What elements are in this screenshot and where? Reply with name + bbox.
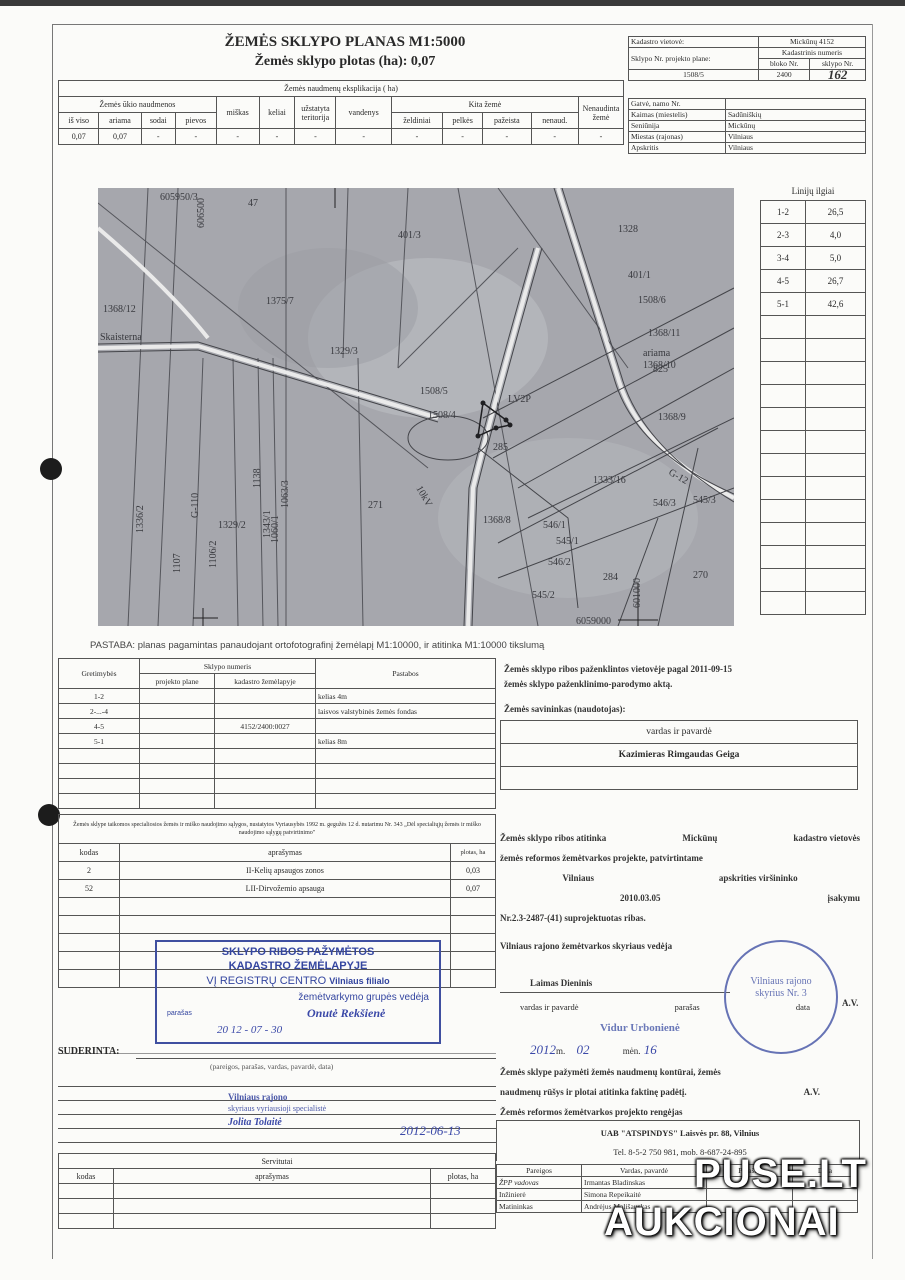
cell: - [295, 129, 336, 145]
map-label: 825 [653, 364, 668, 375]
empty-cell [316, 749, 496, 764]
col-header: vandenys [336, 97, 391, 129]
empty-cell [431, 1184, 496, 1199]
table-row: 4-526,7 [761, 270, 866, 293]
empty-cell [806, 546, 866, 569]
empty-cell [431, 1199, 496, 1214]
empty-cell [59, 934, 120, 952]
value: 2400 [759, 70, 810, 81]
map-label: ariama [643, 348, 671, 359]
segment: 2-...-4 [59, 704, 140, 719]
line-length: 42,6 [806, 293, 866, 316]
map-label: 1329/3 [330, 346, 358, 357]
role: Matininkas [497, 1201, 582, 1213]
map-label: 1138 [252, 468, 263, 488]
line-id: 1-2 [761, 201, 806, 224]
col-header: želdiniai [391, 113, 442, 129]
map-label: 1375/7 [266, 296, 294, 307]
col-header: Pareigos [497, 1165, 582, 1177]
label: bloko Nr. [759, 59, 810, 70]
approval-text: įsakymu [827, 888, 860, 908]
table-row [59, 1184, 496, 1199]
person-name: Irmantas Bladinskas [582, 1177, 707, 1189]
table-row: 2-...-4laisvos valstybinės žemės fondas [59, 704, 496, 719]
empty-cell [59, 764, 140, 779]
table-row: SeniūnijaMickūnų [629, 121, 866, 132]
marking-text-2: žemės sklypo paženklinimo-parodymo aktą. [504, 677, 854, 692]
address-table: Gatvė, namo Nr.Kaimas (miestelis)Sadūniš… [628, 98, 866, 154]
map-label: 1368/11 [648, 328, 680, 339]
servitudes-table: Servitutai kodas aprašymas plotas, ha [58, 1153, 496, 1229]
value: Mickūnų [726, 121, 866, 132]
map-label: 1336/2 [135, 505, 146, 533]
empty-cell [761, 339, 806, 362]
segment: 4-5 [59, 719, 140, 734]
line-length: 4,0 [806, 224, 866, 247]
note [316, 719, 496, 734]
watermark-line-1: PUSE.LT [694, 1152, 867, 1197]
empty-cell [215, 794, 316, 809]
map-label: 270 [693, 570, 708, 581]
punch-hole-icon [40, 458, 62, 480]
round-stamp-text: Vilniaus rajono skyrius Nr. 3 [726, 976, 836, 1000]
stamp-text: Vilniaus filialo [329, 976, 389, 986]
col-header: Nenaudinta žemė [579, 97, 624, 129]
cell: - [579, 129, 624, 145]
page-title: ŽEMĖS SKLYPO PLANAS M1:5000 [150, 34, 540, 51]
empty-cell [114, 1214, 431, 1229]
project-no [140, 734, 215, 749]
empty-cell [761, 523, 806, 546]
empty-cell [761, 454, 806, 477]
map-note: PASTABA: planas pagamintas panaudojant o… [90, 640, 544, 651]
table-row [761, 500, 866, 523]
servitudes-title: Servitutai [59, 1154, 496, 1169]
signature-line [58, 1114, 496, 1115]
stamp-text: VĮ REGISTRŲ CENTRO [206, 975, 326, 987]
table-row [761, 569, 866, 592]
map-label: 284 [603, 572, 618, 583]
table-row [761, 477, 866, 500]
map-label: 1328 [618, 224, 638, 235]
map-label: LV2P [508, 394, 531, 405]
table-row: Miestas (rajonas)Vilniaus [629, 132, 866, 143]
map-label: 1368/12 [103, 304, 136, 315]
line-id: 4-5 [761, 270, 806, 293]
description: LII-Dirvožemio apsauga [120, 880, 451, 898]
table-row [761, 546, 866, 569]
table-row: 2II-Kelių apsaugos zonos0,03 [59, 862, 496, 880]
label: Seniūnija [629, 121, 726, 132]
map-label: 546/2 [548, 557, 571, 568]
line-length: 26,5 [806, 201, 866, 224]
signature-line [58, 1086, 496, 1087]
empty-cell [59, 952, 120, 970]
round-stamp: Vilniaus rajono skyrius Nr. 3 [724, 940, 838, 1054]
special-conditions-header: Žemės sklype taikomos specialiosios žemė… [59, 815, 496, 844]
empty-cell [59, 1199, 114, 1214]
empty-cell [59, 1184, 114, 1199]
cell: - [175, 129, 216, 145]
empty-cell [451, 916, 496, 934]
table-row [59, 1214, 496, 1229]
person-name: Simona Repeikaitė [582, 1189, 707, 1201]
label: Miestas (rajonas) [629, 132, 726, 143]
empty-cell [140, 764, 215, 779]
map-label: 271 [368, 500, 383, 511]
table-row: 4-54152/2400:0027 [59, 719, 496, 734]
header-other: Kita žemė [391, 97, 578, 113]
approval-text: apskrities viršininko [719, 868, 798, 888]
line-id: 5-1 [761, 293, 806, 316]
note: laisvos valstybinės žemės fondas [316, 704, 496, 719]
role: Inžinierė [497, 1189, 582, 1201]
empty-cell [316, 764, 496, 779]
approval-text: žemės reformos žemėtvarkos projekte, pat… [500, 848, 860, 868]
line-id: 2-3 [761, 224, 806, 247]
date-part: 16 [644, 1042, 657, 1057]
plot-area: Žemės sklypo plotas (ha): 0,07 [150, 54, 540, 70]
label: Gatvė, namo Nr. [629, 99, 726, 110]
table-row [761, 385, 866, 408]
contour-text: naudmenų rūšys ir plotai atitinka faktin… [500, 1082, 687, 1102]
cadastre-table: Kadastro vietovė:Mickūnų 4152 Sklypo Nr.… [628, 36, 866, 81]
suderinta-org: Vilniaus rajono [228, 1092, 287, 1102]
map-label: Skaisterna [100, 332, 142, 343]
empty-cell [806, 385, 866, 408]
divider [58, 1053, 496, 1054]
empty-cell [140, 794, 215, 809]
empty-cell [59, 779, 140, 794]
empty-cell [316, 779, 496, 794]
cell: - [483, 129, 531, 145]
col-header: Gretimybės [59, 659, 140, 689]
area: 0,07 [451, 880, 496, 898]
orthophoto-map: 605950/3606500471375/71368/12Skaisterna1… [98, 188, 734, 626]
table-row [761, 362, 866, 385]
col-header: keliai [259, 97, 295, 129]
map-label: 546/3 [653, 498, 676, 509]
cell: 0,07 [99, 129, 141, 145]
empty-cell [114, 1184, 431, 1199]
col-header: plotas, ha [431, 1169, 496, 1184]
col-header: projekto plane [140, 674, 215, 689]
table-row [59, 1199, 496, 1214]
col-header: ariama [99, 113, 141, 129]
col-header: pievos [175, 113, 216, 129]
stamp-name: Onutė Rekšienė [307, 1006, 385, 1021]
watermark-line-2: AUKCIONAI [604, 1200, 840, 1245]
line-length: 26,7 [806, 270, 866, 293]
suderinta-caption: (pareigos, parašas, vardas, pavardė, dat… [210, 1062, 333, 1071]
stamp-text: KADASTRO ŽEMĖLAPYJE [157, 960, 439, 972]
map-label: 605950/3 [160, 192, 198, 203]
value: Mickūnų 4152 [759, 37, 866, 48]
date-part: 12 [543, 1042, 556, 1057]
table-row: Kaimas (miestelis)Sadūniškių [629, 110, 866, 121]
empty-cell [806, 316, 866, 339]
empty-cell [761, 592, 806, 615]
signature-line [500, 992, 730, 993]
col-header: Pastabos [316, 659, 496, 689]
table-row [761, 454, 866, 477]
empty-cell [59, 898, 120, 916]
table-row: 5-1kelias 8m [59, 734, 496, 749]
map-label: 401/1 [628, 270, 651, 281]
empty-cell [761, 546, 806, 569]
table-row: 1-2kelias 4m [59, 689, 496, 704]
empty-cell [451, 898, 496, 916]
col-header: plotas, ha [451, 844, 496, 862]
handwritten-date: 2012m. 02 mėn. 16 [530, 1042, 657, 1058]
cell: - [391, 129, 442, 145]
col-header: iš viso [59, 113, 99, 129]
map-label: 1063/3 [280, 480, 291, 508]
map-label: 1508/4 [428, 410, 456, 421]
label: Kadastro vietovė: [629, 37, 759, 48]
col-header: kodas [59, 844, 120, 862]
empty-cell [806, 500, 866, 523]
approval-place: Mickūnų [682, 828, 717, 848]
value: 1508/5 [629, 70, 759, 81]
empty-cell [59, 1214, 114, 1229]
col-header: Vardas, pavardė [582, 1165, 707, 1177]
signature-line [58, 1142, 496, 1143]
note: kelias 8m [316, 734, 496, 749]
col-header: užstatyta teritorija [295, 97, 336, 129]
cadastre-no [215, 734, 316, 749]
table-row [761, 408, 866, 431]
registry-stamp: SKLYPO RIBOS PAŽYMĖTOS KADASTRO ŽEMĖLAPY… [155, 940, 441, 1044]
code: 52 [59, 880, 120, 898]
cadastre-no [215, 704, 316, 719]
contour-text: Žemės sklype pažymėti žemės naudmenų kon… [500, 1062, 860, 1082]
label: Kadastrinis numeris [759, 48, 866, 59]
table-row [761, 592, 866, 615]
table-row: 5-142,6 [761, 293, 866, 316]
approval-text: Žemės sklypo ribos atitinka [500, 828, 606, 848]
suderinta-label: SUDERINTA: [58, 1046, 120, 1057]
empty-cell [140, 749, 215, 764]
cadastre-no [215, 689, 316, 704]
map-label: 1060/1 [270, 515, 281, 543]
company-name: UAB "ATSPINDYS" Laisvės pr. 88, Vilnius [500, 1128, 860, 1138]
project-no [140, 689, 215, 704]
punch-hole-icon [38, 804, 60, 826]
table-row [59, 764, 496, 779]
table-row [761, 316, 866, 339]
col-header: Sklypo numeris [140, 659, 316, 674]
map-label: 1333/16 [593, 475, 626, 486]
table-row: 2-34,0 [761, 224, 866, 247]
suderinta-role: skyriaus vyriausioji specialistė [228, 1104, 326, 1113]
col-header: vardas ir pavardė [501, 721, 858, 744]
col-header: kadastro žemėlapyje [215, 674, 316, 689]
col-header: miškas [216, 97, 259, 129]
empty-cell [114, 1199, 431, 1214]
map-label: 47 [248, 198, 258, 209]
cell: - [141, 129, 175, 145]
handwritten-name: Vidur Urbonienė [600, 1022, 680, 1034]
col-header: pažeista [483, 113, 531, 129]
table-row [59, 779, 496, 794]
map-label: 545/1 [556, 536, 579, 547]
approval-text: kadastro vietovės [793, 828, 860, 848]
empty-cell [806, 477, 866, 500]
segment: 5-1 [59, 734, 140, 749]
cell: - [259, 129, 295, 145]
empty-cell [501, 767, 858, 790]
explication-table: Žemės naudmenų eksplikacija ( ha) Žemės … [58, 80, 624, 145]
map-label: 1107 [172, 553, 183, 573]
empty-cell [59, 749, 140, 764]
cell: - [216, 129, 259, 145]
col-header: aprašymas [114, 1169, 431, 1184]
empty-cell [140, 779, 215, 794]
code: 2 [59, 862, 120, 880]
empty-cell [59, 794, 140, 809]
cell: 0,07 [59, 129, 99, 145]
col-header: sodai [141, 113, 175, 129]
line-lengths-table: 1-226,52-34,03-45,04-526,75-142,6 [760, 200, 866, 615]
label: Apskritis [629, 143, 726, 154]
table-row [761, 523, 866, 546]
owner-name: Kazimieras Rimgaudas Geiga [501, 744, 858, 767]
empty-cell [431, 1214, 496, 1229]
table-row [761, 431, 866, 454]
empty-cell [59, 970, 120, 988]
empty-cell [761, 477, 806, 500]
empty-cell [806, 569, 866, 592]
map-label: 545/3 [693, 495, 716, 506]
marking-text-1: Žemės sklypo ribos paženklintos vietovėj… [504, 662, 854, 677]
value: Vilniaus [726, 132, 866, 143]
approval-date: 2010.03.05 [620, 888, 661, 908]
approval-county: Vilniaus [562, 868, 594, 888]
map-label: G-110 [190, 493, 201, 518]
map-label: 1106/2 [208, 541, 219, 568]
empty-cell [59, 916, 120, 934]
label: Kaimas (miestelis) [629, 110, 726, 121]
owner-label: Žemės savininkas (naudotojas): [504, 704, 626, 714]
table-row [59, 794, 496, 809]
col-header: kodas [59, 1169, 114, 1184]
date-part: mėn. [623, 1046, 641, 1056]
empty-cell [806, 408, 866, 431]
stamp-text: SKLYPO RIBOS PAŽYMĖTOS [157, 946, 439, 958]
parcel-map-svg: 605950/3606500471375/71368/12Skaisterna1… [98, 188, 734, 626]
cell: - [443, 129, 483, 145]
empty-cell [451, 970, 496, 988]
table-row [761, 339, 866, 362]
suderinta-date: 2012-06-13 [400, 1123, 461, 1139]
map-label: 546/1 [543, 520, 566, 531]
av-mark: A.V. [804, 1082, 860, 1102]
stamp-sig-label: parašas [167, 1010, 192, 1017]
value [726, 99, 866, 110]
empty-cell [215, 749, 316, 764]
table-row [59, 916, 496, 934]
table-row: 1-226,5 [761, 201, 866, 224]
empty-cell [316, 794, 496, 809]
table-row: 0,07 0,07 - - - - - - - - - - - [59, 129, 624, 145]
empty-cell [215, 779, 316, 794]
empty-cell [806, 362, 866, 385]
empty-cell [806, 523, 866, 546]
value: Vilniaus [726, 143, 866, 154]
approval-order-no: Nr.2.3-2487-(41) suprojektuotas ribas. [500, 908, 860, 928]
map-label: 601000 [632, 578, 643, 608]
map-label: 606500 [196, 198, 207, 228]
date-part: m. [556, 1046, 565, 1056]
empty-cell [761, 431, 806, 454]
empty-cell [761, 385, 806, 408]
signature-line [136, 1058, 496, 1059]
empty-cell [761, 569, 806, 592]
map-label: 285 [493, 442, 508, 453]
empty-cell [120, 916, 451, 934]
table-row: 3-45,0 [761, 247, 866, 270]
value: Sadūniškių [726, 110, 866, 121]
frame-right [872, 24, 873, 1259]
empty-cell [761, 362, 806, 385]
col-header: pelkės [443, 113, 483, 129]
frame-top [52, 24, 872, 25]
header-farm: Žemės ūkio naudmenos [59, 97, 217, 113]
table-row: Gatvė, namo Nr. [629, 99, 866, 110]
table-row: 52LII-Dirvožemio apsauga0,07 [59, 880, 496, 898]
date-part: 02 [577, 1042, 590, 1057]
cadastre-no: 4152/2400:0027 [215, 719, 316, 734]
label: Sklypo Nr. projekto plane: [629, 48, 759, 70]
map-label: 1368/9 [658, 412, 686, 423]
line-id: 3-4 [761, 247, 806, 270]
empty-cell [761, 500, 806, 523]
col-header: nenaud. [531, 113, 578, 129]
cell: - [336, 129, 391, 145]
suderinta-name: Jolita Tolaitė [228, 1117, 282, 1128]
date-part: 20 [530, 1042, 543, 1057]
owner-table: vardas ir pavardė Kazimieras Rimgaudas G… [500, 720, 858, 790]
sig-col-label: vardas ir pavardė [520, 1002, 579, 1012]
area: 0,03 [451, 862, 496, 880]
map-label: 1368/8 [483, 515, 511, 526]
empty-cell [120, 898, 451, 916]
av-mark: A.V. [842, 998, 858, 1008]
preparer-text: Žemės reformos žemėtvarkos projekto reng… [500, 1102, 860, 1122]
line-lengths-title: Linijų ilgiai [760, 186, 866, 196]
empty-cell [451, 952, 496, 970]
description: II-Kelių apsaugos zonos [120, 862, 451, 880]
note: kelias 4m [316, 689, 496, 704]
table-row [59, 749, 496, 764]
explication-caption: Žemės naudmenų eksplikacija ( ha) [59, 81, 624, 97]
project-no [140, 719, 215, 734]
empty-cell [806, 592, 866, 615]
empty-cell [806, 454, 866, 477]
segment: 1-2 [59, 689, 140, 704]
empty-cell [215, 764, 316, 779]
map-label: 401/3 [398, 230, 421, 241]
line-length: 5,0 [806, 247, 866, 270]
map-label: 1329/2 [218, 520, 246, 531]
scan-edge [0, 0, 905, 6]
map-label: 6059000 [576, 616, 611, 626]
map-label: 1508/5 [420, 386, 448, 397]
table-row [59, 898, 496, 916]
sig-col-label: parašas [675, 1002, 700, 1012]
stamp-text: žemėtvarkymo grupės vedėja [157, 992, 439, 1003]
